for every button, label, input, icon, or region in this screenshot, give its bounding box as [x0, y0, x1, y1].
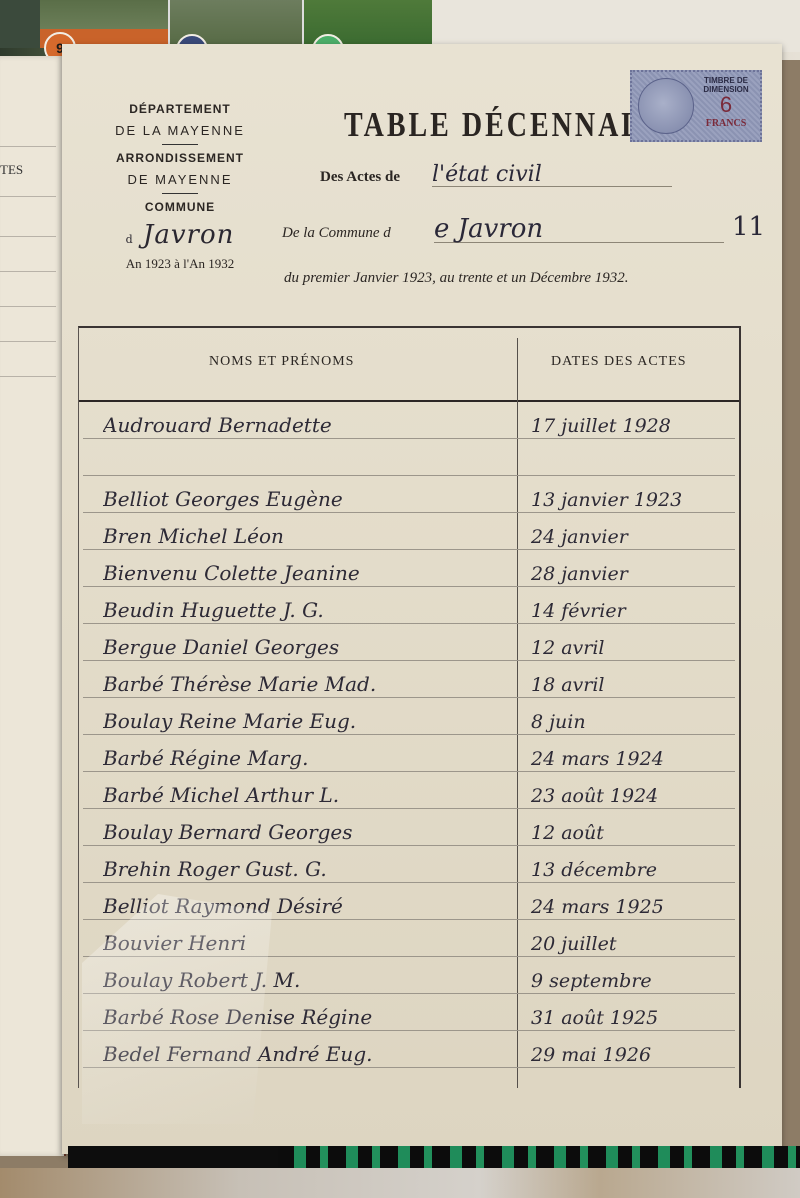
commune-line-label: De la Commune d: [282, 225, 391, 241]
table-header: NOMS ET PRÉNOMS DATES DES ACTES: [79, 328, 739, 402]
revenue-stamp: TIMBRE DEDIMENSION 6 FRANCS: [630, 70, 762, 142]
entry-name: Brehin Roger Gust. G.: [103, 857, 513, 881]
actes-field: Des Actes de l'état civil: [320, 168, 400, 186]
entry-date: 20 juillet: [531, 933, 731, 955]
table-row: Bergue Daniel Georges12 avril: [79, 624, 739, 661]
table-row: Barbé Régine Marg.24 mars 1924: [79, 735, 739, 772]
department-label: DÉPARTEMENT: [80, 98, 280, 120]
entry-date: 13 janvier 1923: [531, 489, 731, 511]
rule-line: [0, 341, 56, 342]
document-title: TABLE DÉCENNALE: [344, 106, 665, 146]
entry-name: Barbé Thérèse Marie Mad.: [103, 672, 513, 696]
divider: [162, 193, 198, 194]
entry-name: Barbé Michel Arthur L.: [103, 783, 513, 807]
entry-name: Bren Michel Léon: [103, 524, 513, 548]
entry-date: 24 mars 1924: [531, 748, 731, 770]
divider: [162, 144, 198, 145]
marianne-portrait-icon: [638, 78, 694, 134]
commune-value: Javron: [143, 220, 234, 250]
entry-date: 18 avril: [531, 674, 731, 696]
entry-date: 8 juin: [531, 711, 731, 733]
table-row: Bren Michel Léon24 janvier: [79, 513, 739, 550]
entry-date: 12 avril: [531, 637, 731, 659]
table-row: Audrouard Bernadette17 juillet 1928: [79, 402, 739, 439]
year-range: An 1923 à l'An 1932: [80, 256, 280, 272]
department-value: DE LA MAYENNE: [80, 120, 280, 142]
stamp-value: 6: [694, 94, 758, 116]
table-row: Bienvenu Colette Jeanine28 janvier: [79, 550, 739, 587]
left-page-edge: TES: [0, 56, 66, 1156]
entry-date: 12 août: [531, 822, 731, 844]
rule-line: [0, 306, 56, 307]
entry-date: 14 février: [531, 600, 731, 622]
entry-date: 31 août 1925: [531, 1007, 731, 1029]
table-row: Boulay Bernard Georges12 août: [79, 809, 739, 846]
actes-value: l'état civil: [432, 162, 672, 187]
left-page-header-fragment: TES: [0, 162, 23, 178]
actes-label: Des Actes de: [320, 169, 400, 185]
register-page: DÉPARTEMENT DE LA MAYENNE ARRONDISSEMENT…: [62, 44, 782, 1154]
arrondissement-value: DE MAYENNE: [80, 169, 280, 191]
commune-prefix: d: [126, 233, 134, 246]
entry-date: 24 janvier: [531, 526, 731, 548]
entry-date: 13 décembre: [531, 859, 731, 881]
commune-label: COMMUNE: [80, 196, 280, 218]
background-card: [0, 0, 43, 48]
entry-name: Audrouard Bernadette: [103, 413, 513, 437]
department-block: DÉPARTEMENT DE LA MAYENNE ARRONDISSEMENT…: [80, 98, 280, 272]
commune-handwritten: d Javron: [80, 220, 280, 250]
commune-line-value: e Javron: [434, 214, 724, 243]
commune-line-suffix: 11: [732, 212, 765, 242]
rule-line: [0, 271, 56, 272]
column-header-names: NOMS ET PRÉNOMS: [209, 354, 354, 370]
table-row: [79, 439, 739, 476]
entry-date: 28 janvier: [531, 563, 731, 585]
commune-field: De la Commune d e Javron 11: [282, 224, 391, 242]
table-row: Barbé Michel Arthur L.23 août 1924: [79, 772, 739, 809]
arrondissement-label: ARRONDISSEMENT: [80, 147, 280, 169]
entry-date: 29 mai 1926: [531, 1044, 731, 1066]
entry-name: Belliot Georges Eugène: [103, 487, 513, 511]
stamp-currency: FRANCS: [694, 118, 758, 129]
entry-name: Boulay Reine Marie Eug.: [103, 709, 513, 733]
entry-date: 9 septembre: [531, 970, 731, 992]
period-text: du premier Janvier 1923, au trente et un…: [284, 270, 629, 287]
entry-date: 24 mars 1925: [531, 896, 731, 918]
table-row: Boulay Reine Marie Eug.8 juin: [79, 698, 739, 735]
rule-line: [0, 196, 56, 197]
column-header-dates: DATES DES ACTES: [551, 354, 687, 370]
entry-name: Bergue Daniel Georges: [103, 635, 513, 659]
entry-name: Barbé Régine Marg.: [103, 746, 513, 770]
table-row: Barbé Thérèse Marie Mad.18 avril: [79, 661, 739, 698]
table-row: Beudin Huguette J. G.14 février: [79, 587, 739, 624]
entry-name: Bienvenu Colette Jeanine: [103, 561, 513, 585]
entry-date: 17 juillet 1928: [531, 415, 731, 437]
entry-date: 23 août 1924: [531, 785, 731, 807]
book-cover-edge: [68, 1146, 800, 1170]
table-row: Belliot Georges Eugène13 janvier 1923: [79, 476, 739, 513]
rule-line: [0, 146, 56, 147]
entry-name: Beudin Huguette J. G.: [103, 598, 513, 622]
background-floor: [0, 1168, 800, 1198]
entry-name: Boulay Bernard Georges: [103, 820, 513, 844]
table-row: Brehin Roger Gust. G.13 décembre: [79, 846, 739, 883]
rule-line: [0, 376, 56, 377]
rule-line: [0, 236, 56, 237]
